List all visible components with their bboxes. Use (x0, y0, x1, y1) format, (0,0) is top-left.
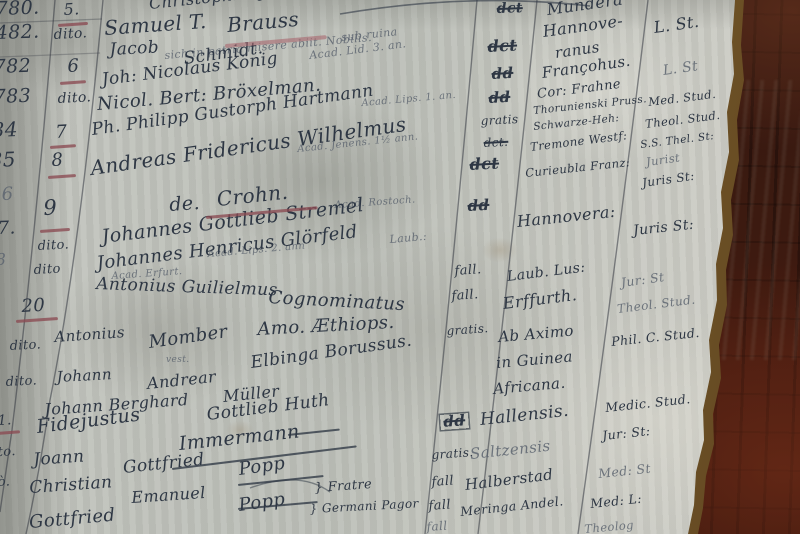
day-number: dito (33, 263, 61, 277)
student-name: vest. (166, 356, 190, 365)
student-name: Joann (33, 448, 85, 469)
student-name: Samuel T. (104, 11, 208, 38)
student-name: } Fratre (314, 478, 373, 495)
payment-mark: dd (491, 66, 514, 82)
matriculation-number: 6 (1, 186, 13, 204)
day-number: 20 (21, 297, 46, 316)
payment-mark: fall (428, 498, 451, 513)
matriculation-number: 8 (0, 252, 7, 268)
manuscript-page: 780.482.782783848567.85.dito.6dito.789di… (0, 0, 800, 534)
payment-mark: dct (497, 1, 523, 16)
student-name: de. (169, 194, 201, 215)
payment-mark: gratis. (446, 322, 489, 337)
payment-mark: fall. (451, 288, 479, 303)
day-number: 8 (51, 151, 64, 170)
payment-mark: gratis. (431, 446, 474, 461)
payment-mark: fall (426, 520, 448, 533)
matriculation-number: 85 (0, 149, 16, 170)
payment-mark: dd (467, 198, 490, 214)
day-number: 5. (63, 1, 80, 18)
matriculation-number: 780. (0, 0, 40, 19)
day-number: dito. (57, 90, 91, 106)
matriculation-number: 783 (0, 87, 31, 107)
day-number: to. (0, 445, 16, 459)
day-number: dito. (37, 238, 69, 253)
payment-mark: dct (469, 155, 499, 173)
day-number: 7 (55, 123, 68, 142)
day-number: 1. (0, 413, 12, 428)
matriculation-number: 782 (0, 57, 31, 77)
matriculation-number: 84 (0, 119, 18, 140)
payment-mark: fall (431, 474, 454, 489)
payment-mark: dd (488, 90, 511, 106)
matriculation-number: 482. (0, 22, 40, 43)
day-number: dito. (5, 374, 37, 389)
payment-mark: gratis (480, 113, 518, 127)
payment-mark: fall. (454, 263, 482, 278)
photo-of-matriculation-register: { "palette":{"ink":"#2e3744","faded_ink"… (0, 0, 800, 534)
day-number: 6 (67, 57, 80, 76)
payment-mark: dd (440, 413, 469, 430)
day-number: dito. (9, 338, 41, 353)
day-number: ò. (0, 475, 11, 489)
student-name: Jacob (109, 39, 159, 59)
student-name: Johann (56, 367, 112, 385)
day-number: 9 (43, 197, 58, 219)
student-name: Brauss (226, 9, 299, 35)
payment-mark: dct (487, 37, 517, 55)
payment-mark: dct. (483, 136, 508, 149)
student-name: Laub.: (389, 231, 427, 245)
day-number: dito. (53, 26, 87, 42)
study-subject: Theolog (584, 520, 634, 534)
matriculation-number: 7. (0, 219, 16, 238)
